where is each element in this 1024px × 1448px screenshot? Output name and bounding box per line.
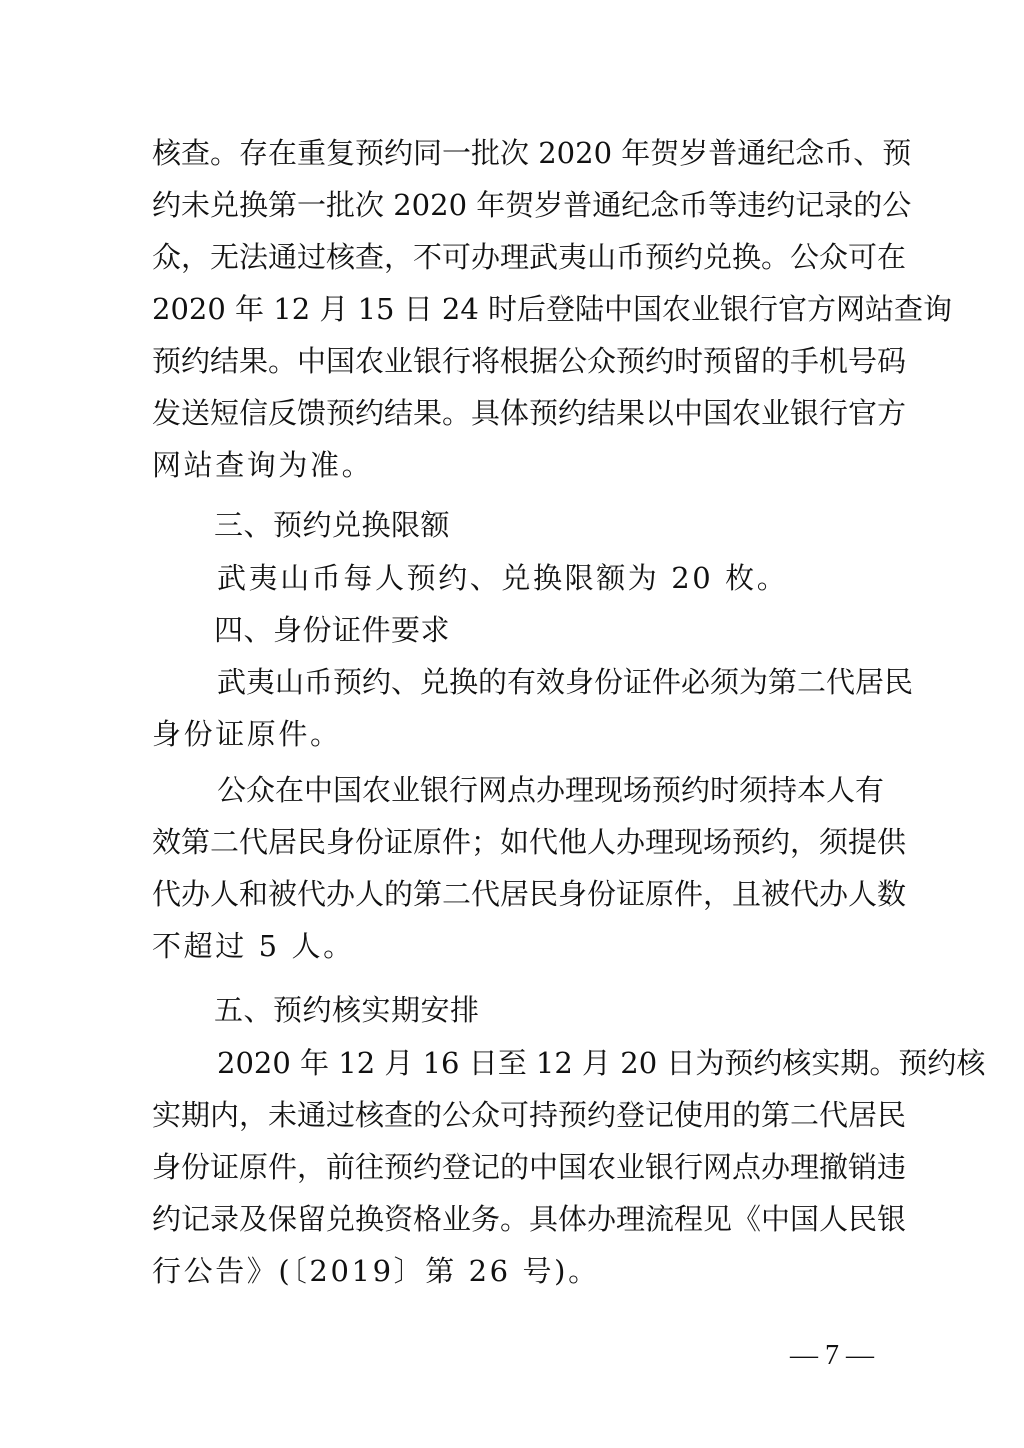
paragraph-line: 众，无法通过核查，不可办理武夷山币预约兑换。公众可在 <box>152 231 872 283</box>
paragraph-line: 2020 年 12 月 16 日至 12 月 20 日为预约核实期。预约核 <box>217 1037 872 1089</box>
paragraph-line: 不超过 5 人。 <box>152 920 872 972</box>
paragraph-line: 预约结果。中国农业银行将根据公众预约时预留的手机号码 <box>152 335 872 387</box>
paragraph-line: 身份证原件。 <box>152 708 872 760</box>
section-heading: 三、预约兑换限额 <box>214 499 934 551</box>
paragraph-line: 武夷山币预约、兑换的有效身份证件必须为第二代居民 <box>217 656 872 708</box>
paragraph-line: 实期内，未通过核查的公众可持预约登记使用的第二代居民 <box>152 1089 872 1141</box>
paragraph-line: 武夷山币每人预约、兑换限额为 20 枚。 <box>217 552 872 604</box>
paragraph-line: 公众在中国农业银行网点办理现场预约时须持本人有 <box>217 764 872 816</box>
paragraph-line: 发送短信反馈预约结果。具体预约结果以中国农业银行官方 <box>152 387 872 439</box>
paragraph-line: 2020 年 12 月 15 日 24 时后登陆中国农业银行官方网站查询 <box>152 283 872 335</box>
paragraph-line: 效第二代居民身份证原件；如代他人办理现场预约，须提供 <box>152 816 872 868</box>
section-heading: 四、身份证件要求 <box>214 604 934 656</box>
section-heading: 五、预约核实期安排 <box>214 984 934 1036</box>
paragraph-line: 身份证原件，前往预约登记的中国农业银行网点办理撤销违 <box>152 1141 872 1193</box>
page-number: — 7 — <box>790 1338 874 1374</box>
paragraph-line: 网站查询为准。 <box>152 439 872 491</box>
paragraph-line: 核查。存在重复预约同一批次 2020 年贺岁普通纪念币、预 <box>152 127 872 179</box>
paragraph-line: 代办人和被代办人的第二代居民身份证原件，且被代办人数 <box>152 868 872 920</box>
document-page: 核查。存在重复预约同一批次 2020 年贺岁普通纪念币、预约未兑换第一批次 20… <box>0 0 1024 1448</box>
paragraph-line: 约未兑换第一批次 2020 年贺岁普通纪念币等违约记录的公 <box>152 179 872 231</box>
paragraph-line: 行公告》(〔2019〕第 26 号)。 <box>152 1245 872 1297</box>
paragraph-line: 约记录及保留兑换资格业务。具体办理流程见《中国人民银 <box>152 1193 872 1245</box>
